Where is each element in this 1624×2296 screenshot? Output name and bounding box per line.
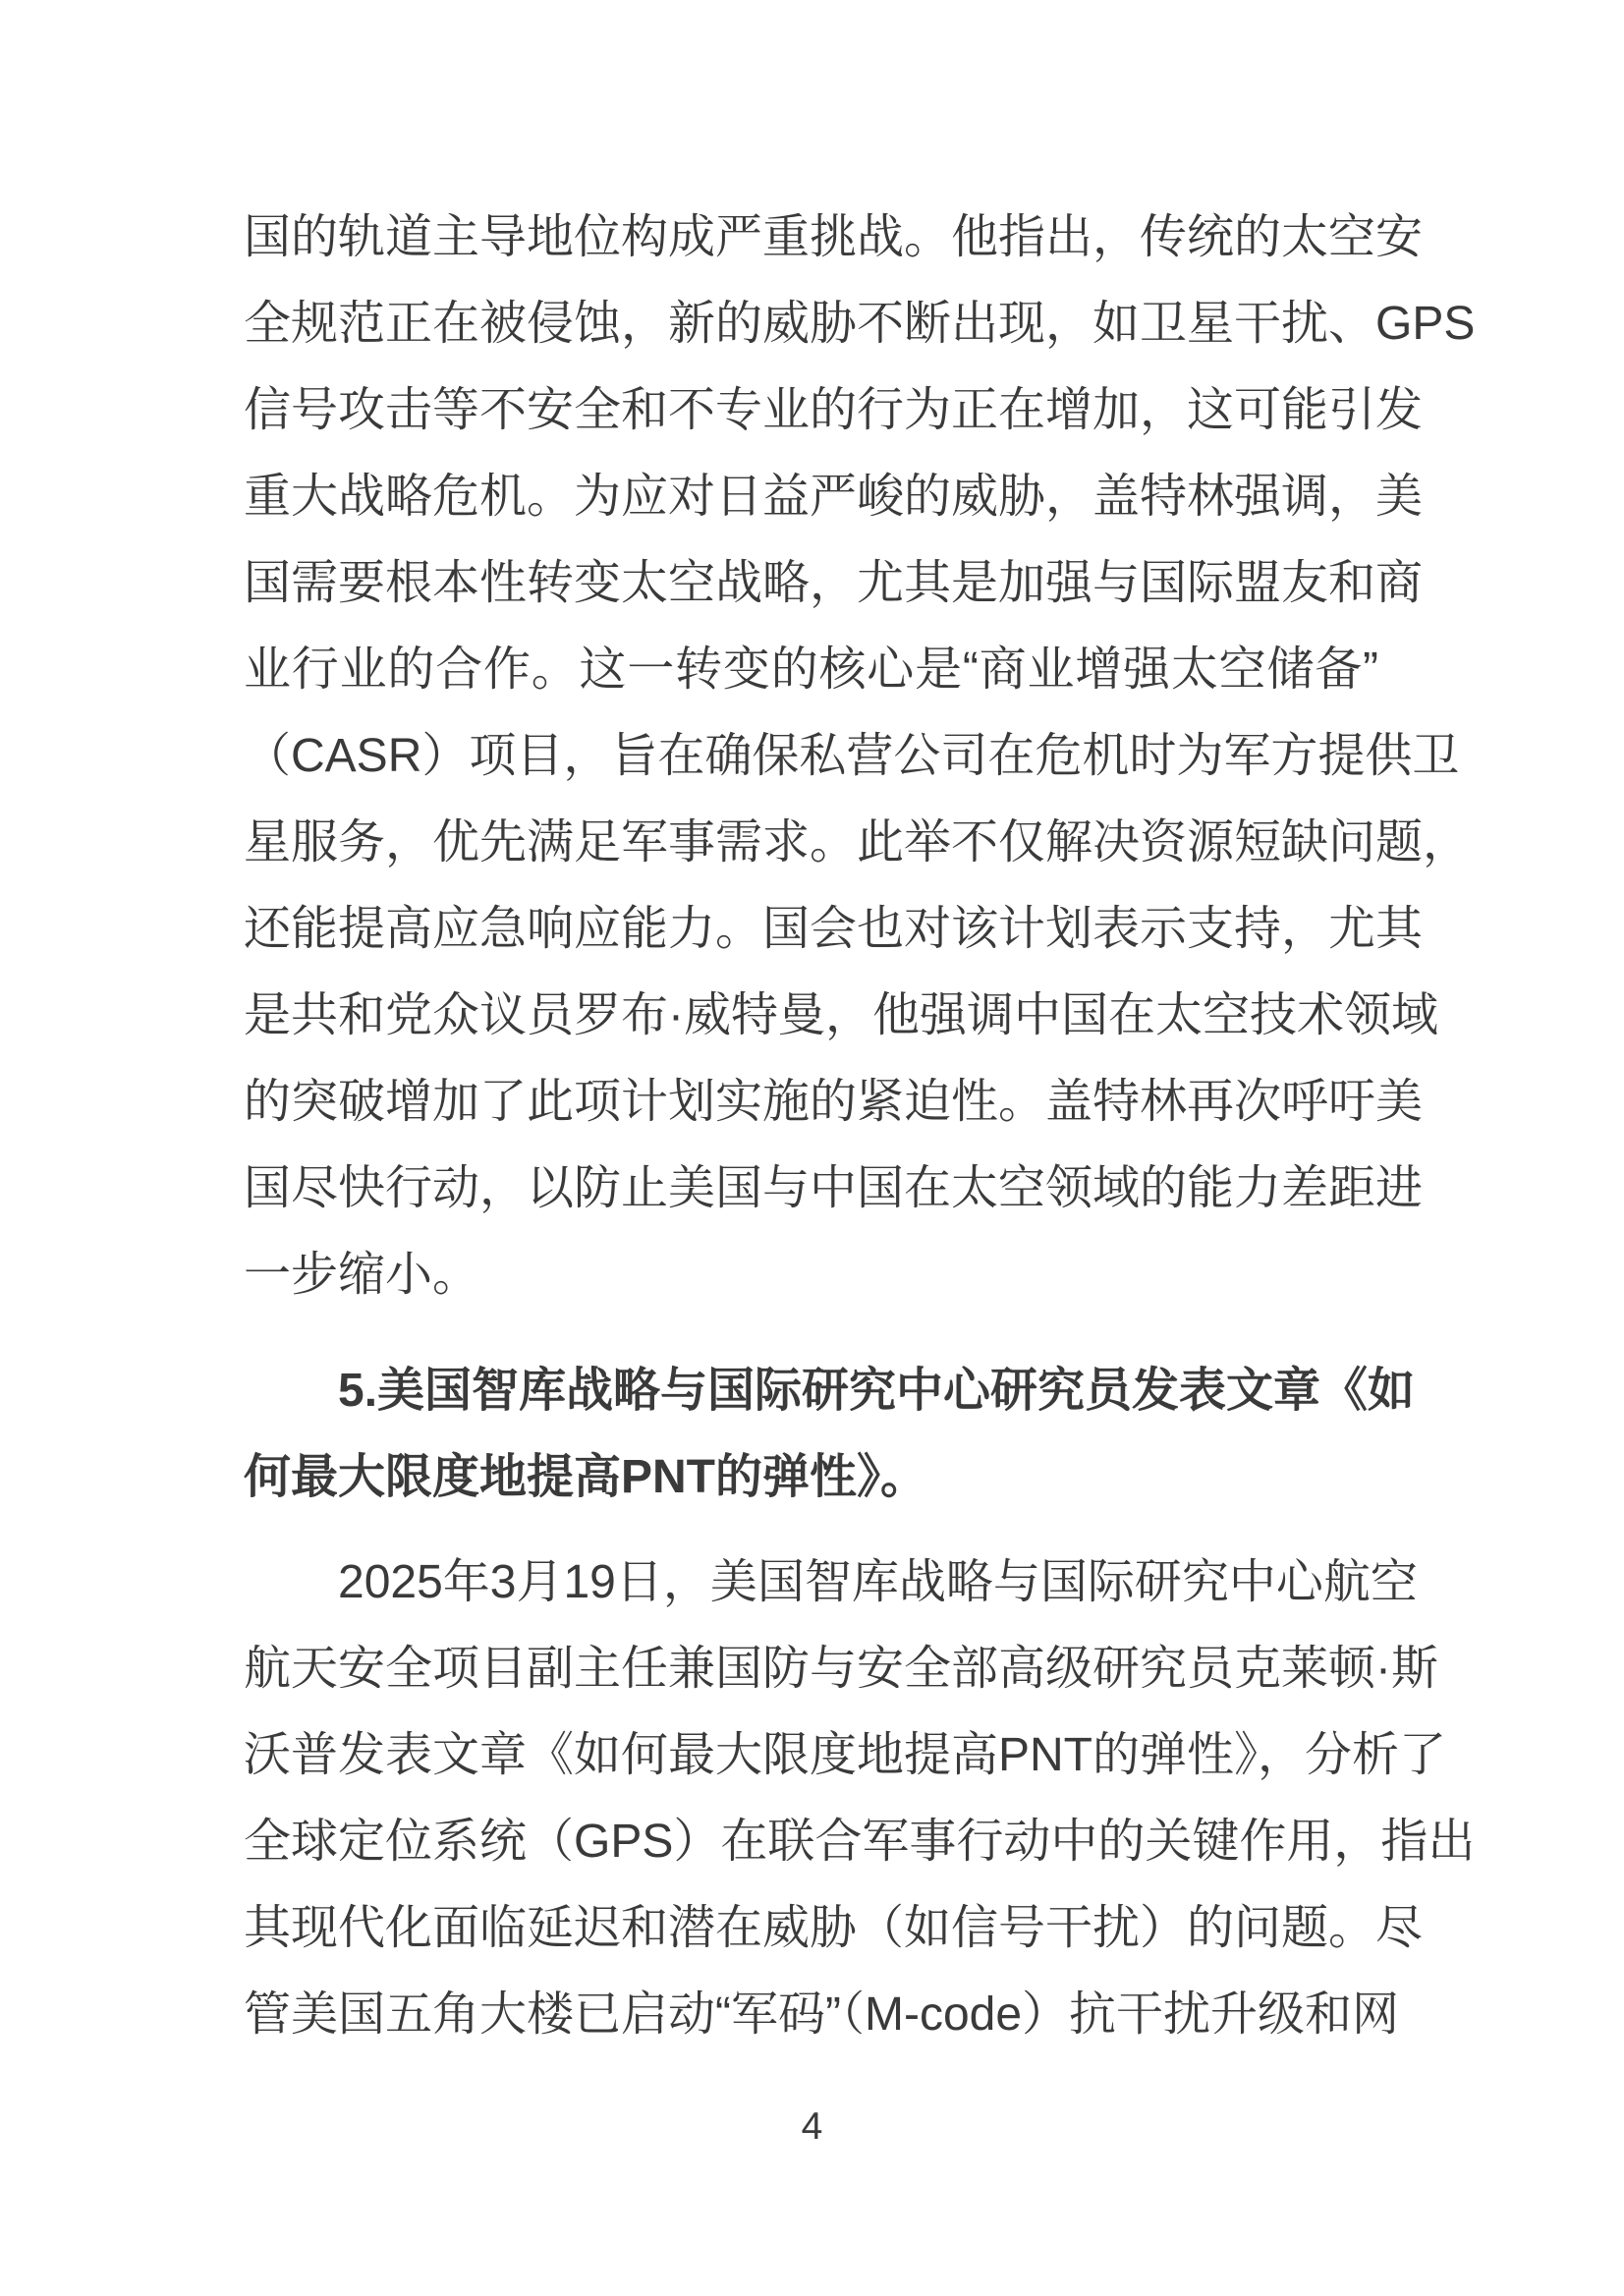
paragraph-line: 业行业的合作。这一转变的核心是“商业增强太空储备” (244, 627, 1378, 713)
paragraph-line: 全球定位系统（GPS）在联合军事行动中的关键作用，指出 (244, 1799, 1378, 1885)
paragraph-line: 其现代化面临延迟和潜在威胁（如信号干扰）的问题。尽 (244, 1885, 1378, 1972)
paragraph-line: 重大战略危机。为应对日益严峻的威胁，盖特林强调，美 (244, 454, 1378, 540)
paragraph-line: 信号攻击等不安全和不专业的行为正在增加，这可能引发 (244, 367, 1378, 454)
paragraph-line: 2025年3月19日，美国智库战略与国际研究中心航空 (244, 1540, 1378, 1626)
heading-line: 5.美国智库战略与国际研究中心研究员发表文章《如 (244, 1348, 1378, 1434)
section-heading: 5.美国智库战略与国际研究中心研究员发表文章《如 何最大限度地提高PNT的弹性》… (244, 1348, 1378, 1521)
paragraph-line: 航天安全项目副主任兼国防与安全部高级研究员克莱顿·斯 (244, 1626, 1378, 1712)
paragraph-line: 是共和党众议员罗布·威特曼，他强调中国在太空技术领域 (244, 973, 1378, 1059)
paragraph-line: 还能提高应急响应能力。国会也对该计划表示支持，尤其 (244, 886, 1378, 973)
paragraph-line: （CASR）项目，旨在确保私营公司在危机时为军方提供卫 (244, 713, 1378, 800)
paragraph-line: 一步缩小。 (244, 1232, 1378, 1318)
page-body: 国的轨道主导地位构成严重挑战。他指出，传统的太空安 全规范正在被侵蚀，新的威胁不… (244, 195, 1378, 2058)
heading-line: 何最大限度地提高PNT的弹性》。 (244, 1434, 1378, 1521)
paragraph-line: 全规范正在被侵蚀，新的威胁不断出现，如卫星干扰、GPS (244, 281, 1378, 367)
paragraph-line: 沃普发表文章《如何最大限度地提高PNT的弹性》，分析了 (244, 1712, 1378, 1799)
document-page: 国的轨道主导地位构成严重挑战。他指出，传统的太空安 全规范正在被侵蚀，新的威胁不… (0, 0, 1624, 2296)
paragraph-body: 2025年3月19日，美国智库战略与国际研究中心航空 航天安全项目副主任兼国防与… (244, 1540, 1378, 2058)
paragraph-line: 国尽快行动，以防止美国与中国在太空领域的能力差距进 (244, 1146, 1378, 1232)
page-number: 4 (0, 2104, 1624, 2150)
paragraph-continued: 国的轨道主导地位构成严重挑战。他指出，传统的太空安 全规范正在被侵蚀，新的威胁不… (244, 195, 1378, 1318)
paragraph-line: 管美国五角大楼已启动“军码”（M-code）抗干扰升级和网 (244, 1972, 1378, 2058)
paragraph-line: 星服务，优先满足军事需求。此举不仅解决资源短缺问题， (244, 800, 1378, 886)
paragraph-line: 的突破增加了此项计划实施的紧迫性。盖特林再次呼吁美 (244, 1059, 1378, 1146)
paragraph-line: 国需要根本性转变太空战略，尤其是加强与国际盟友和商 (244, 540, 1378, 627)
paragraph-line: 国的轨道主导地位构成严重挑战。他指出，传统的太空安 (244, 195, 1378, 281)
